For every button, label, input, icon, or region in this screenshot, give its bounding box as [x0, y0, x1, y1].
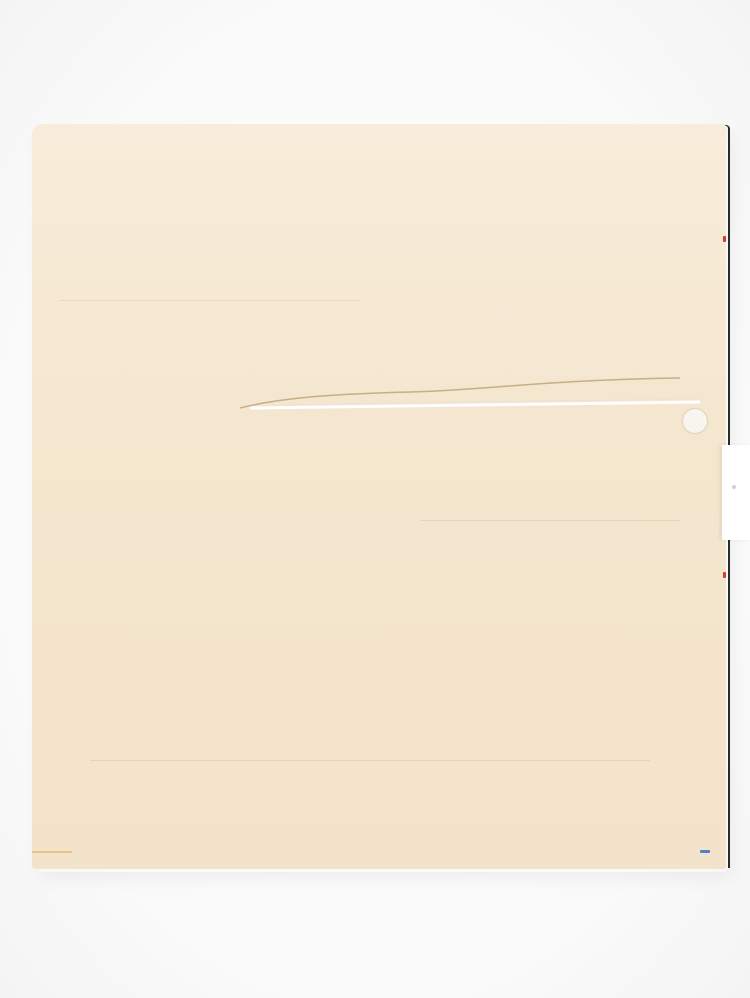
zipper-icon — [250, 398, 700, 410]
fabric-wrinkle — [60, 300, 360, 301]
tag-dot — [732, 485, 736, 489]
blue-stitch — [700, 850, 710, 853]
orange-edge — [32, 851, 72, 853]
label-tag — [722, 445, 750, 540]
red-stitch — [723, 236, 726, 242]
fabric-wrinkle — [90, 760, 650, 761]
fabric-wrinkle — [420, 520, 680, 521]
red-stitch — [723, 572, 726, 578]
zipper-pull-icon — [683, 409, 707, 433]
